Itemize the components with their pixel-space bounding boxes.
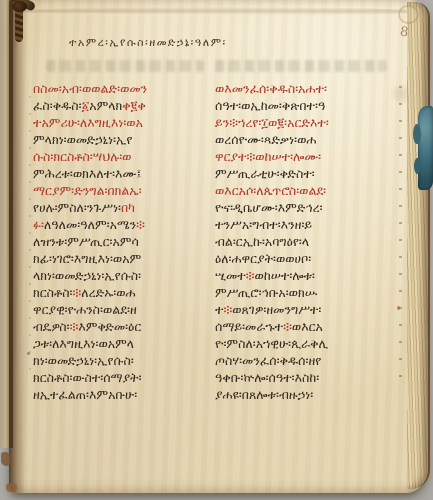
binding-fragment [1, 452, 10, 466]
rubric-text-segment: ይን፨ኀረየ፡፲ወ፪፡አርድእተ፡ [215, 115, 329, 130]
manuscript-text-line: ወእመንፈሰ፡ቅዱስ፡አሐተ፡ [215, 80, 395, 97]
binding-fragment [6, 483, 17, 492]
manuscript-text-line: ሰዓተ፡ወኢከመ፡ቅጽበተ፡ዓ [215, 97, 395, 114]
manuscript-text-line: ዋርያዊ፡ዮሐንስ፡ወልደ፡ዘ [33, 301, 207, 318]
manuscript-text-line: ዕለ፡ሐዋርያት፡ወወሀቦ፡ [215, 250, 395, 267]
rubric-text-segment: ፨ [73, 285, 82, 300]
ink-text-segment: ዮ፡ምስለ፡አኀዊሁ፡ጲራቅሊ [215, 336, 328, 351]
bleed-through-text [215, 60, 387, 72]
ink-text-segment: ክፊ፡ነገሮ፡እግዚእነ፡ወአም [33, 251, 141, 266]
ink-speck [27, 352, 30, 355]
manuscript-text-line: ተ፨ወጸገዎ፡ዘመንግሥተ፡ [215, 301, 395, 318]
ink-text-segment: እምቅድመ፡ዕር [78, 319, 141, 334]
manuscript-text-line: ፉ፡ለዓለመ፡ዓለም፡አሜን፨ [33, 216, 207, 233]
rubric-text-segment: ማርያም፡ድንግል፡በክልኤ፡ [33, 183, 142, 198]
rubric-text-segment: ፉ፡ [33, 217, 44, 232]
binding-thread-knot [12, 1, 27, 12]
manuscript-text-line: ሱስ፡ክርስቶስ፡ሣህሉ፡ወ [33, 148, 207, 165]
manuscript-text-line: ወእርአሶ፡ለጴጥሮስ፡ወልደ፡ [215, 182, 395, 199]
header-title: ተአምረ፡ኢየሱስ፡ዘመድኃኔ፡ዓለም፡ [69, 36, 227, 50]
ink-text-segment: ለዓለመ፡ዓለም፡አሜን [44, 217, 136, 232]
ink-text-segment: ዮና፡ዲቤሆሙ፡እምድኅረ፡ [215, 200, 323, 215]
ink-text-segment: ዕለ፡ሐዋርያት፡ወወሀቦ፡ [215, 251, 311, 266]
ink-text-segment: ወእርአ [292, 319, 323, 334]
manuscript-photo: 8 ተአምረ፡ኢየሱስ፡ዘመድኃኔ፡ዓለም፡ በስመ፡አብ፡ወወልድ፡ወመንፈስ… [0, 0, 433, 500]
manuscript-text-line: ብል፡ርኢኩ፡አባግዕየ፡ላ [215, 233, 395, 250]
rubric-text-segment: ተአምሪሁ፡ለእግዚእነ፡ወአ [33, 115, 143, 130]
page-top-crease [12, 7, 422, 16]
ink-text-segment: ተንሥአ፡ግብተ፡እንዘ፡ይ [215, 217, 312, 232]
ink-text-segment: ለዝንቱ፡ምሥጢር፡አምሳ [33, 234, 139, 249]
manuscript-text-line: ፈስ፡ቅዱስ፡፩አምላክቀ፪ቀ [33, 97, 207, 114]
ink-text-segment: ዓቀቡ፡ኵሎ፡ሰዓተ፡እስከ፡ [215, 370, 319, 385]
text-column-right: ወእመንፈሰ፡ቅዱስ፡አሐተ፡ሰዓተ፡ወኢከመ፡ቅጽበተ፡ዓይን፨ኀረየ፡፲ወ፪… [215, 80, 395, 403]
pricking-holes-left [29, 96, 31, 376]
ink-text-segment: ለረድኡ፡ወሐ [81, 285, 135, 300]
rubric-text-segment: በስመ፡አብ፡ወወልድ፡ወመን [33, 81, 147, 96]
manuscript-text-line: ጋቱ፡ለእግዚእነ፡ወአምላ [33, 335, 207, 352]
ink-text-segment: ምሥጢራቲሁ፡ቅድስተ፡ [215, 166, 315, 181]
ink-text-segment: ምሕረቱ፡ወክእለተ፡እሙ፤ [33, 166, 141, 181]
ink-text-segment: ሰዓተ፡ወኢከመ፡ቅጽበተ፡ዓ [215, 98, 325, 113]
rubric-text-segment: ቀ፪ቀ [122, 98, 146, 113]
ink-text-segment: ሰማይ፡መራኁተ [215, 319, 283, 334]
ink-text-segment: ወረሰዮሙ፡ጻድቃነ፡ወሐ [215, 132, 316, 147]
manuscript-text-line: ዋርያተ፨ወከሠተ፡ሎሙ፡ [215, 148, 395, 165]
rubric-text-segment: በካ [121, 200, 135, 215]
book-fore-edge [407, 2, 430, 489]
manuscript-text-line: ክርስቶስ፡ውስተ፡ሰማያት፡ [33, 369, 207, 386]
ink-text-segment: አምላክ [89, 98, 122, 113]
ink-text-segment: ፈስ፡ቅዱስ፡ [33, 98, 82, 113]
manuscript-text-line: ያሐዩ፡በጸሎቱ፡ብዙኃነ፡ [215, 386, 395, 403]
manuscript-text-line: ክፊ፡ነገሮ፡እግዚእነ፡ወአም [33, 250, 207, 267]
ink-speck [397, 306, 400, 310]
manuscript-text-line: የሀሉ፡ምስለ፡ንጉሥነ፡በካ [33, 199, 207, 216]
ink-text-segment: ጦስሃ፡መንፈሰ፡ቅዱሰ፡ዘየ [215, 353, 321, 368]
bookmark-ribbon [418, 106, 433, 190]
ink-text-segment: ክነ፡ወመድኃኒነ፡ኢየሱስ፡ [33, 353, 134, 368]
manuscript-text-line: ላክነ፡ወመድኃኒነ፡ኢየሱስ፡ [33, 267, 207, 284]
ink-text-segment: ሢመተ [215, 268, 246, 283]
stain-mark [398, 5, 419, 24]
text-column-left: በስመ፡አብ፡ወወልድ፡ወመንፈስ፡ቅዱስ፡፩አምላክቀ፪ቀተአምሪሁ፡ለእግዚ… [33, 80, 207, 403]
rubric-text-segment: ፨ [283, 319, 292, 334]
manuscript-text-line: ምሕረቱ፡ወክእለተ፡እሙ፤ [33, 165, 207, 182]
manuscript-text-line: ለዝንቱ፡ምሥጢር፡አምሳ [33, 233, 207, 250]
rubric-text-segment: ፨ [136, 217, 145, 232]
manuscript-text-line: ክነ፡ወመድኃኒነ፡ኢየሱስ፡ [33, 352, 207, 369]
manuscript-text-line: ማርያም፡ድንግል፡በክልኤ፡ [33, 182, 207, 199]
manuscript-text-line: ዮና፡ዲቤሆሙ፡እምድኅረ፡ [215, 199, 395, 216]
rubric-text-segment: ወእመንፈሰ፡ቅዱስ፡አሐተ፡ [215, 81, 327, 96]
manuscript-text-line: ይን፨ኀረየ፡፲ወ፪፡አርድእተ፡ [215, 114, 395, 131]
manuscript-text-line: ምሥጢሮ፡ኅቡአ፡ወክሡ [215, 284, 395, 301]
manuscript-text-line: ሰማይ፡መራኁተ፨ወእርአ [215, 318, 395, 335]
rubric-text-segment: ፨ [246, 268, 255, 283]
ink-text-segment: ላክነ፡ወመድኃኒነ፡ኢየሱስ፡ [33, 268, 141, 283]
ink-text-segment: ብል፡ርኢኩ፡አባግዕየ፡ላ [215, 234, 309, 249]
manuscript-text-line: ዓቀቡ፡ኵሎ፡ሰዓተ፡እስከ፡ [215, 369, 395, 386]
ink-text-segment: ክርስቶስ፡ [33, 285, 73, 300]
manuscript-text-line: ሢመተ፨ወከሠተ፡ሎቱ፡ [215, 267, 395, 284]
ink-text-segment: ያሐዩ፡በጸሎቱ፡ብዙኃነ፡ [215, 387, 313, 402]
gutter-shadow [9, 0, 29, 493]
ink-text-segment: ጋቱ፡ለእግዚእነ፡ወአምላ [33, 336, 134, 351]
manuscript-text-line: ወረሰዮሙ፡ጻድቃነ፡ወሐ [215, 131, 395, 148]
manuscript-text-line: ምሥጢራቲሁ፡ቅድስተ፡ [215, 165, 395, 182]
manuscript-text-line: ተንሥአ፡ግብተ፡እንዘ፡ይ [215, 216, 395, 233]
manuscript-text-line: ዘኢተፈልጠ፡እምአቡሁ፡ [33, 386, 207, 403]
rubric-text-segment: ወእርአሶ፡ለጴጥሮስ፡ወልደ፡ [215, 183, 326, 198]
manuscript-text-line: ብዴዎስ፡፨እምቅድመ፡ዕር [33, 318, 207, 335]
bleed-through-text [46, 60, 204, 72]
ink-text-segment: የሀሉ፡ምስለ፡ንጉሥነ፡ [33, 200, 121, 215]
manuscript-text-line: ምላክነ፡ወመድኃኒነ፡ኢየ [33, 131, 207, 148]
manuscript-text-line: በስመ፡አብ፡ወወልድ፡ወመን [33, 80, 207, 97]
ink-text-segment: ምሥጢሮ፡ኅቡአ፡ወክሡ [215, 285, 317, 300]
rubric-text-segment: ሱስ፡ክርስቶስ፡ሣህሉ፡ወ [33, 149, 131, 164]
ink-text-segment: ወጸገዎ፡ዘመንግሥተ፡ [232, 302, 321, 317]
ink-text-segment: ክርስቶስ፡ውስተ፡ሰማያት፡ [33, 370, 142, 385]
ink-text-segment: ወከሠተ፡ሎቱ፡ [255, 268, 315, 283]
ink-text-segment: ዋርያዊ፡ዮሐንስ፡ወልደ፡ዘ [33, 302, 137, 317]
rubric-text-segment: ዋርያተ፨ወከሠተ፡ሎሙ፡ [215, 149, 321, 164]
manuscript-text-line: ጦስሃ፡መንፈሰ፡ቅዱሰ፡ዘየ [215, 352, 395, 369]
manuscript-text-line: ዮ፡ምስለ፡አኀዊሁ፡ጲራቅሊ [215, 335, 395, 352]
ink-text-segment: ብዴዎስ፡ [33, 319, 70, 334]
pricking-holes-right [399, 86, 402, 382]
ink-text-segment: ምላክነ፡ወመድኃኒነ፡ኢየ [33, 132, 132, 147]
ink-text-segment: ዘኢተፈልጠ፡እምአቡሁ፡ [33, 387, 137, 402]
manuscript-text-line: ተአምሪሁ፡ለእግዚእነ፡ወአ [33, 114, 207, 131]
manuscript-text-line: ክርስቶስ፡፨ለረድኡ፡ወሐ [33, 284, 207, 301]
rubric-text-segment: ፨ [223, 302, 232, 317]
